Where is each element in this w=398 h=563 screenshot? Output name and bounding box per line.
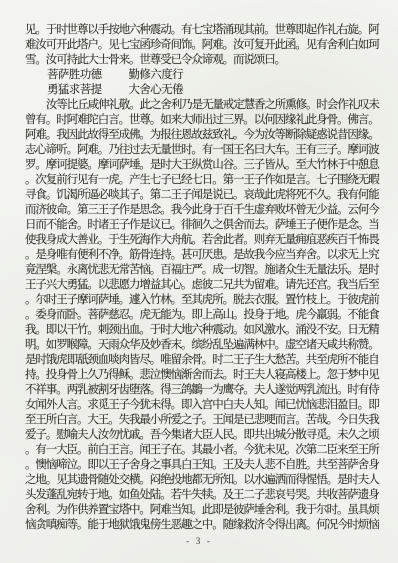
text-line: 曾有。时阿难陀白言。世尊。如来大师出过三界。以何因缘礼此身骨。佛言。 xyxy=(25,113,377,128)
text-line: 。委身而卧。菩萨慈忍。虎无能为。即上高山。投身于地。虎今羸弱。不能食 xyxy=(25,308,377,323)
verse-text: 勇猛求菩提 xyxy=(47,83,102,98)
text-line: 罗。摩诃提婆。摩诃萨埵。是时大王纵赏山谷。三子皆从。至大竹林于中憩息 xyxy=(25,158,377,173)
text-line: 至王所白言。大王。失我最小所爱之子。王闻是已悲哽而言。苦哉。今日失我 xyxy=(25,413,377,428)
verse-text: 大舍心无倦 xyxy=(129,83,184,98)
text-block: 见。于时世尊以手按地六种震动。有七宝塔涌现其前。世尊即起作礼右旋。阿难汝可开此塔… xyxy=(25,23,377,533)
scanned-page: 见。于时世尊以手按地六种震动。有七宝塔涌现其前。世尊即起作礼右旋。阿难汝可开此塔… xyxy=(0,0,398,563)
text-line: 见。于时世尊以手按地六种震动。有七宝塔涌现其前。世尊即起作礼右旋。阿 xyxy=(25,23,377,38)
text-line: 舍利。为作供养置宝塔中。阿难当知。此即是彼萨埵舍利。我于尔时。虽具烦 xyxy=(25,503,377,518)
text-line: 阿难。我因此故得至成佛。为报往恩故兹致礼。今为汝等断除疑惑说昔因缘。 xyxy=(25,128,377,143)
text-line: 志心谛听。阿难。乃往过去无量世时。有一国王名曰大车。王有三子。摩诃波 xyxy=(25,143,377,158)
text-line: 使我身成大善业。于生死海作大舟航。若舍此者。则弃无量痈疽恶疾百千怖畏 xyxy=(25,233,377,248)
text-line: 寻食。饥渴所逼必啖其子。第二王子闻是说已。哀哉此虎将死不久。我有何能 xyxy=(25,188,377,203)
text-line: 日而不能舍。时诸王子作是议已。徘徊久之俱舍而去。萨埵王子便作是念。当 xyxy=(25,218,377,233)
text-line: 。懊恼啼泣。即以王子舍身之事具白王知。王及夫人悲不自胜。共至菩萨舍身 xyxy=(25,458,377,473)
text-line: 明。如罗睺障。天雨众华及妙香末。缤纷乱坠遍满林中。虚空诸天咸共称赞。 xyxy=(25,338,377,353)
text-line: 汝等比丘咸伸礼敬。此之舍利乃是无量戒定慧香之所熏修。时会作礼叹未 xyxy=(25,98,377,113)
text-line: 而济彼命。第三王子作是思念。我今此身于百千生虚弃败坏曾无少益。云何今 xyxy=(25,203,377,218)
text-line: 恼贪嗔痴等。能于地狱饿鬼傍生恶趣之中。随缘救济令得出离。何况今时烦恼 xyxy=(25,518,377,533)
text-line: 王子兴大勇猛。以悲愿力增益其心。虑彼二兄共为留难。请先还宫。我当后至 xyxy=(25,278,377,293)
text-line: 雪。汝可持此大士骨来。世尊受已令众谛观。而说颂曰。 xyxy=(25,53,377,68)
text-line: 爱子。慰喻夫人汝勿忧戚。吾今集诸大臣人民。即共出城分散寻觅。未久之顷 xyxy=(25,428,377,443)
verse-line: 菩萨胜功德 勤修六度行 xyxy=(25,68,377,83)
text-line: 是时饿虎即舐颈血啖肉皆尽。唯留余骨。时二王子生大愁苦。共至虎所不能自 xyxy=(25,353,377,368)
text-line: 之地。见其遗骨随处交横。闷绝投地都无所知。以水遍洒而得惺悟。是时夫人 xyxy=(25,473,377,488)
paragraph-main: 汝等比丘咸伸礼敬。此之舍利乃是无量戒定慧香之所熏修。时会作礼叹未曾有。时阿难陀白… xyxy=(25,98,377,533)
text-line: 。有一大臣。前白王言。闻王子在。其最小者。今犹未见。次第二臣来至王所 xyxy=(25,443,377,458)
verse-text: 菩萨胜功德 xyxy=(47,68,102,83)
text-line: 持。投身骨上久乃得稣。悲泣懊恼渐舍而去。时王夫人寝高楼上。忽于梦中见 xyxy=(25,368,377,383)
text-line: 难汝可开此塔户。见七宝函珍奇间饰。阿难。汝可复开此函。见有舍利白如珂 xyxy=(25,38,377,53)
text-line: 不祥事。两乳被割牙齿堕落。得三鸽鶵一为鹰夺。夫人遂觉两乳流出。时有侍 xyxy=(25,383,377,398)
text-line: 。是身唯有便利不净。筋骨连持。甚可厌患。是故我今应当弃舍。以求无上究 xyxy=(25,248,377,263)
verse-line: 勇猛求菩提 大舍心无倦 xyxy=(25,83,377,98)
verse-text: 勤修六度行 xyxy=(129,68,184,83)
text-line: 竟涅槃。永离忧悲无常苦恼。百福庄严。成一切智。施诸众生无量法乐。是时 xyxy=(25,263,377,278)
page-number: - 3 - xyxy=(0,537,398,547)
text-line: 头发蓬乱宛转于地。如鱼处陆。若牛失犊。及王二子悲哀号哭。共收菩萨遗身 xyxy=(25,488,377,503)
text-line: 。次复前行见有一虎。产生七子已经七日。第一王子作如是言。七子围绕无暇 xyxy=(25,173,377,188)
text-line: 女闻外人言。求觅王子今犹未得。即入宫中白夫人知。闻已忧恼悲泪盈目。即 xyxy=(25,398,377,413)
text-line: 我。即以干竹。刺颈出血。于时大地六种震动。如风激水。涌没不安。日无精 xyxy=(25,323,377,338)
verse-block: 菩萨胜功德 勤修六度行 勇猛求菩提 大舍心无倦 xyxy=(25,68,377,98)
text-line: 。尔时王子摩诃萨埵。遽入竹林。至其虎所。脱去衣服。置竹枝上。于彼虎前 xyxy=(25,293,377,308)
paragraph-top: 见。于时世尊以手按地六种震动。有七宝塔涌现其前。世尊即起作礼右旋。阿难汝可开此塔… xyxy=(25,23,377,68)
